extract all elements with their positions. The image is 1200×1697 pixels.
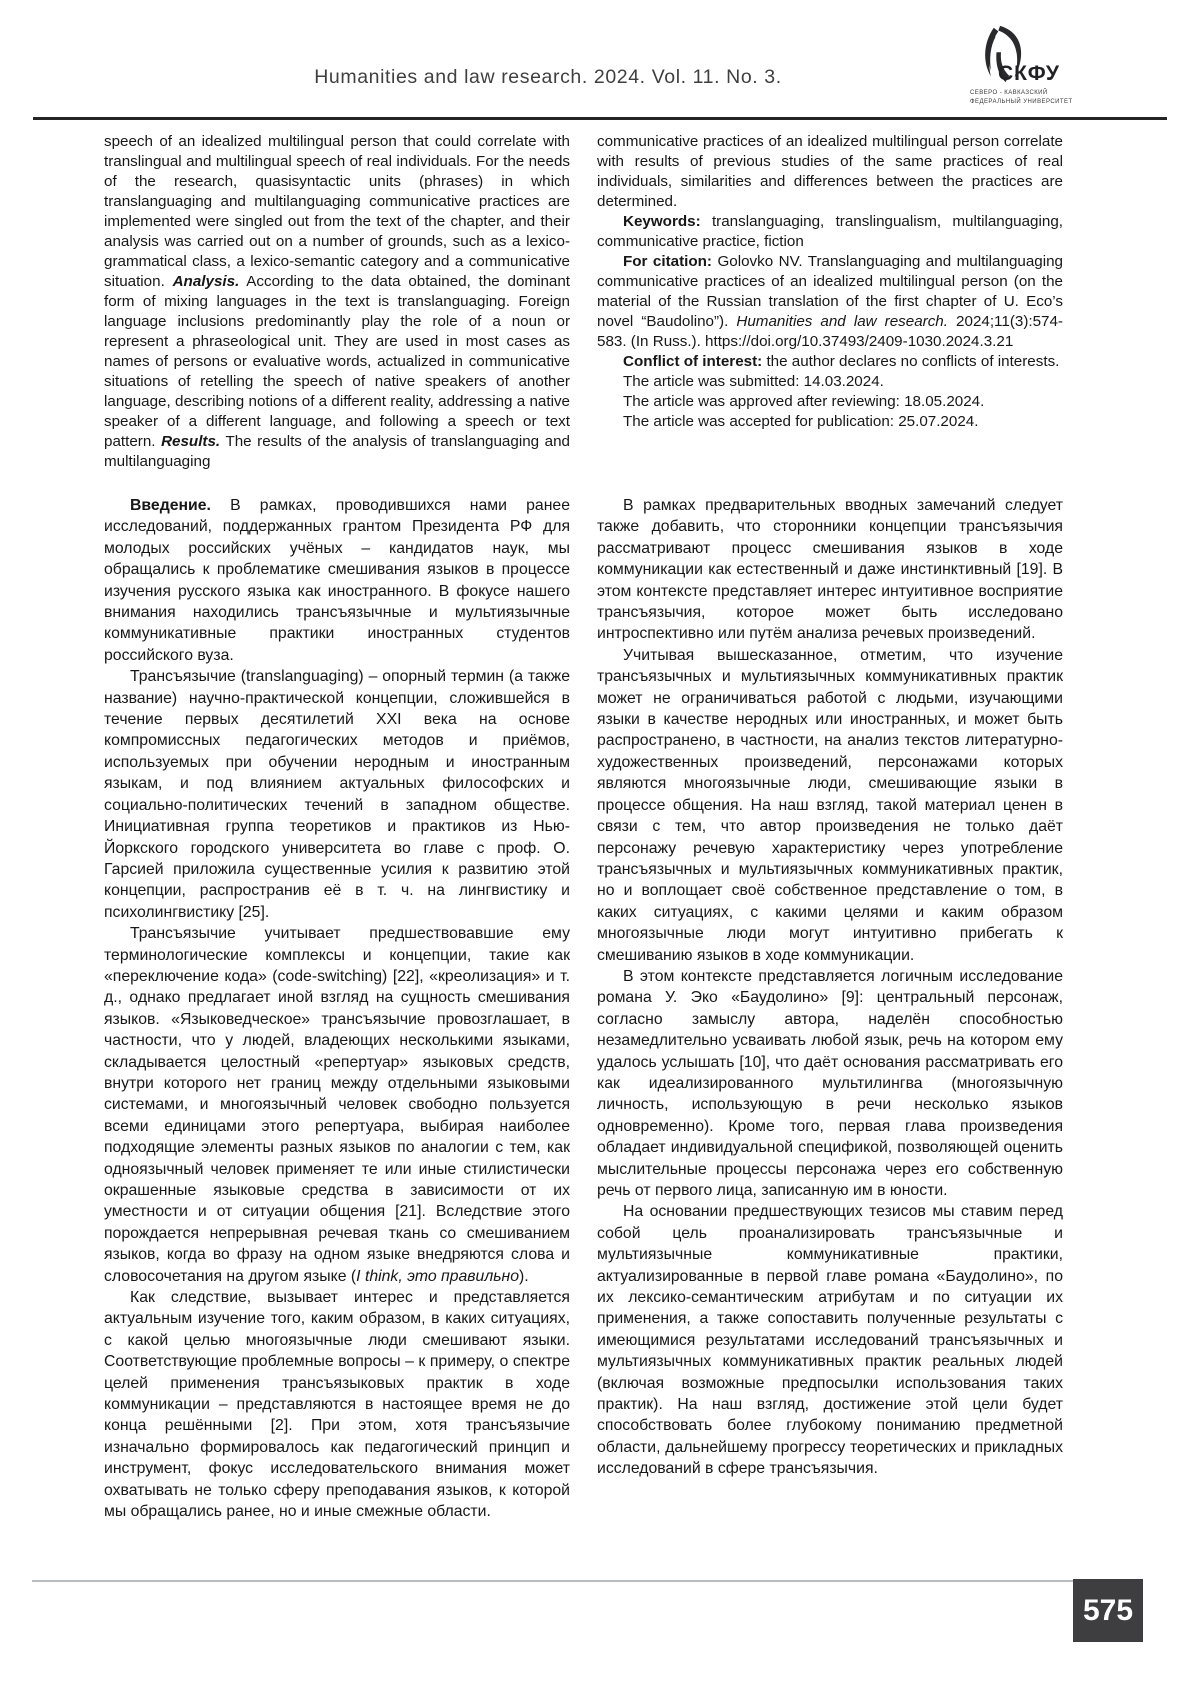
paragraph: Трансъязычие учитывает предшествовавшие …	[104, 923, 570, 1287]
text-run: communicative practices of an idealized …	[597, 133, 1063, 210]
logo-acronym: СКФУ	[998, 62, 1078, 86]
text-run: В рамках предварительных вводных замечан…	[597, 497, 1063, 642]
paragraph: На основании предшествующих тезисов мы с…	[597, 1201, 1063, 1479]
text-run: The article was accepted for publication…	[623, 413, 978, 430]
text-run: Трансъязычие учитывает предшествовавшие …	[104, 925, 570, 1285]
right-column: communicative practices of an idealized …	[597, 132, 1063, 1523]
text-run: Введение.	[130, 497, 211, 514]
text-run: The article was submitted: 14.03.2024.	[623, 373, 884, 390]
text-run: В рамках, проводившихся нами ранее иссле…	[104, 497, 570, 664]
text-run: For citation:	[623, 253, 712, 270]
text-run: Results.	[161, 433, 220, 450]
text-run: speech of an idealized multilingual pers…	[104, 133, 570, 290]
text-run: В этом контексте представляется логичным…	[597, 968, 1063, 1199]
text-run: Humanities and law research.	[736, 313, 948, 330]
text-run: На основании предшествующих тезисов мы с…	[597, 1203, 1063, 1477]
paragraph: The article was approved after reviewing…	[597, 392, 1063, 412]
left-column: speech of an idealized multilingual pers…	[104, 132, 570, 1523]
paragraph: speech of an idealized multilingual pers…	[104, 132, 570, 472]
text-run: According to the data obtained, the domi…	[104, 273, 570, 450]
text-run: Conflict of interest:	[623, 353, 762, 370]
right-english-text: communicative practices of an idealized …	[597, 132, 1063, 495]
paragraph: Keywords: translanguaging, translinguali…	[597, 212, 1063, 252]
journal-title: Humanities and law research. 2024. Vol. …	[33, 66, 1063, 89]
paragraph: Учитывая вышесказанное, отметим, что изу…	[597, 645, 1063, 966]
logo-subtitle-line1: СЕВЕРО - КАВКАЗСКИЙ	[970, 89, 1078, 98]
text-run: Analysis.	[173, 273, 240, 290]
logo-subtitle: СЕВЕРО - КАВКАЗСКИЙ ФЕДЕРАЛЬНЫЙ УНИВЕРСИ…	[970, 89, 1078, 108]
journal-page: Humanities and law research. 2024. Vol. …	[0, 0, 1200, 1697]
paragraph: For citation: Golovko NV. Translanguagin…	[597, 252, 1063, 352]
paragraph: The article was submitted: 14.03.2024.	[597, 372, 1063, 392]
left-english-text: speech of an idealized multilingual pers…	[104, 132, 570, 495]
text-run: the author declares no conflicts of inte…	[762, 353, 1059, 370]
paragraph: Как следствие, вызывает интерес и предст…	[104, 1287, 570, 1522]
text-run: The article was approved after reviewing…	[623, 393, 984, 410]
header-divider	[33, 117, 1167, 120]
footer-divider	[32, 1580, 1073, 1582]
paragraph: communicative practices of an idealized …	[597, 132, 1063, 212]
university-logo: СКФУ СЕВЕРО - КАВКАЗСКИЙ ФЕДЕРАЛЬНЫЙ УНИ…	[958, 24, 1078, 108]
paragraph: В этом контексте представляется логичным…	[597, 966, 1063, 1201]
paragraph: Conflict of interest: the author declare…	[597, 352, 1063, 372]
text-run: Учитывая вышесказанное, отметим, что изу…	[597, 647, 1063, 964]
paragraph: Трансъязычие (translanguaging) – опорный…	[104, 666, 570, 923]
paragraph: В рамках предварительных вводных замечан…	[597, 495, 1063, 645]
text-run: Как следствие, вызывает интерес и предст…	[104, 1289, 570, 1520]
right-russian-text: В рамках предварительных вводных замечан…	[597, 495, 1063, 1480]
paragraph: Введение. В рамках, проводившихся нами р…	[104, 495, 570, 666]
text-run: I think, это правильно	[356, 1268, 519, 1285]
left-russian-text: Введение. В рамках, проводившихся нами р…	[104, 495, 570, 1523]
text-run: Трансъязычие (translanguaging) – опорный…	[104, 668, 570, 920]
text-run: Keywords:	[623, 213, 701, 230]
page-number-badge: 575	[1073, 1579, 1143, 1642]
logo-subtitle-line2: ФЕДЕРАЛЬНЫЙ УНИВЕРСИТЕТ	[970, 98, 1078, 107]
text-run: ).	[519, 1268, 529, 1285]
article-body: speech of an idealized multilingual pers…	[104, 132, 1063, 1523]
paragraph: The article was accepted for publication…	[597, 412, 1063, 432]
